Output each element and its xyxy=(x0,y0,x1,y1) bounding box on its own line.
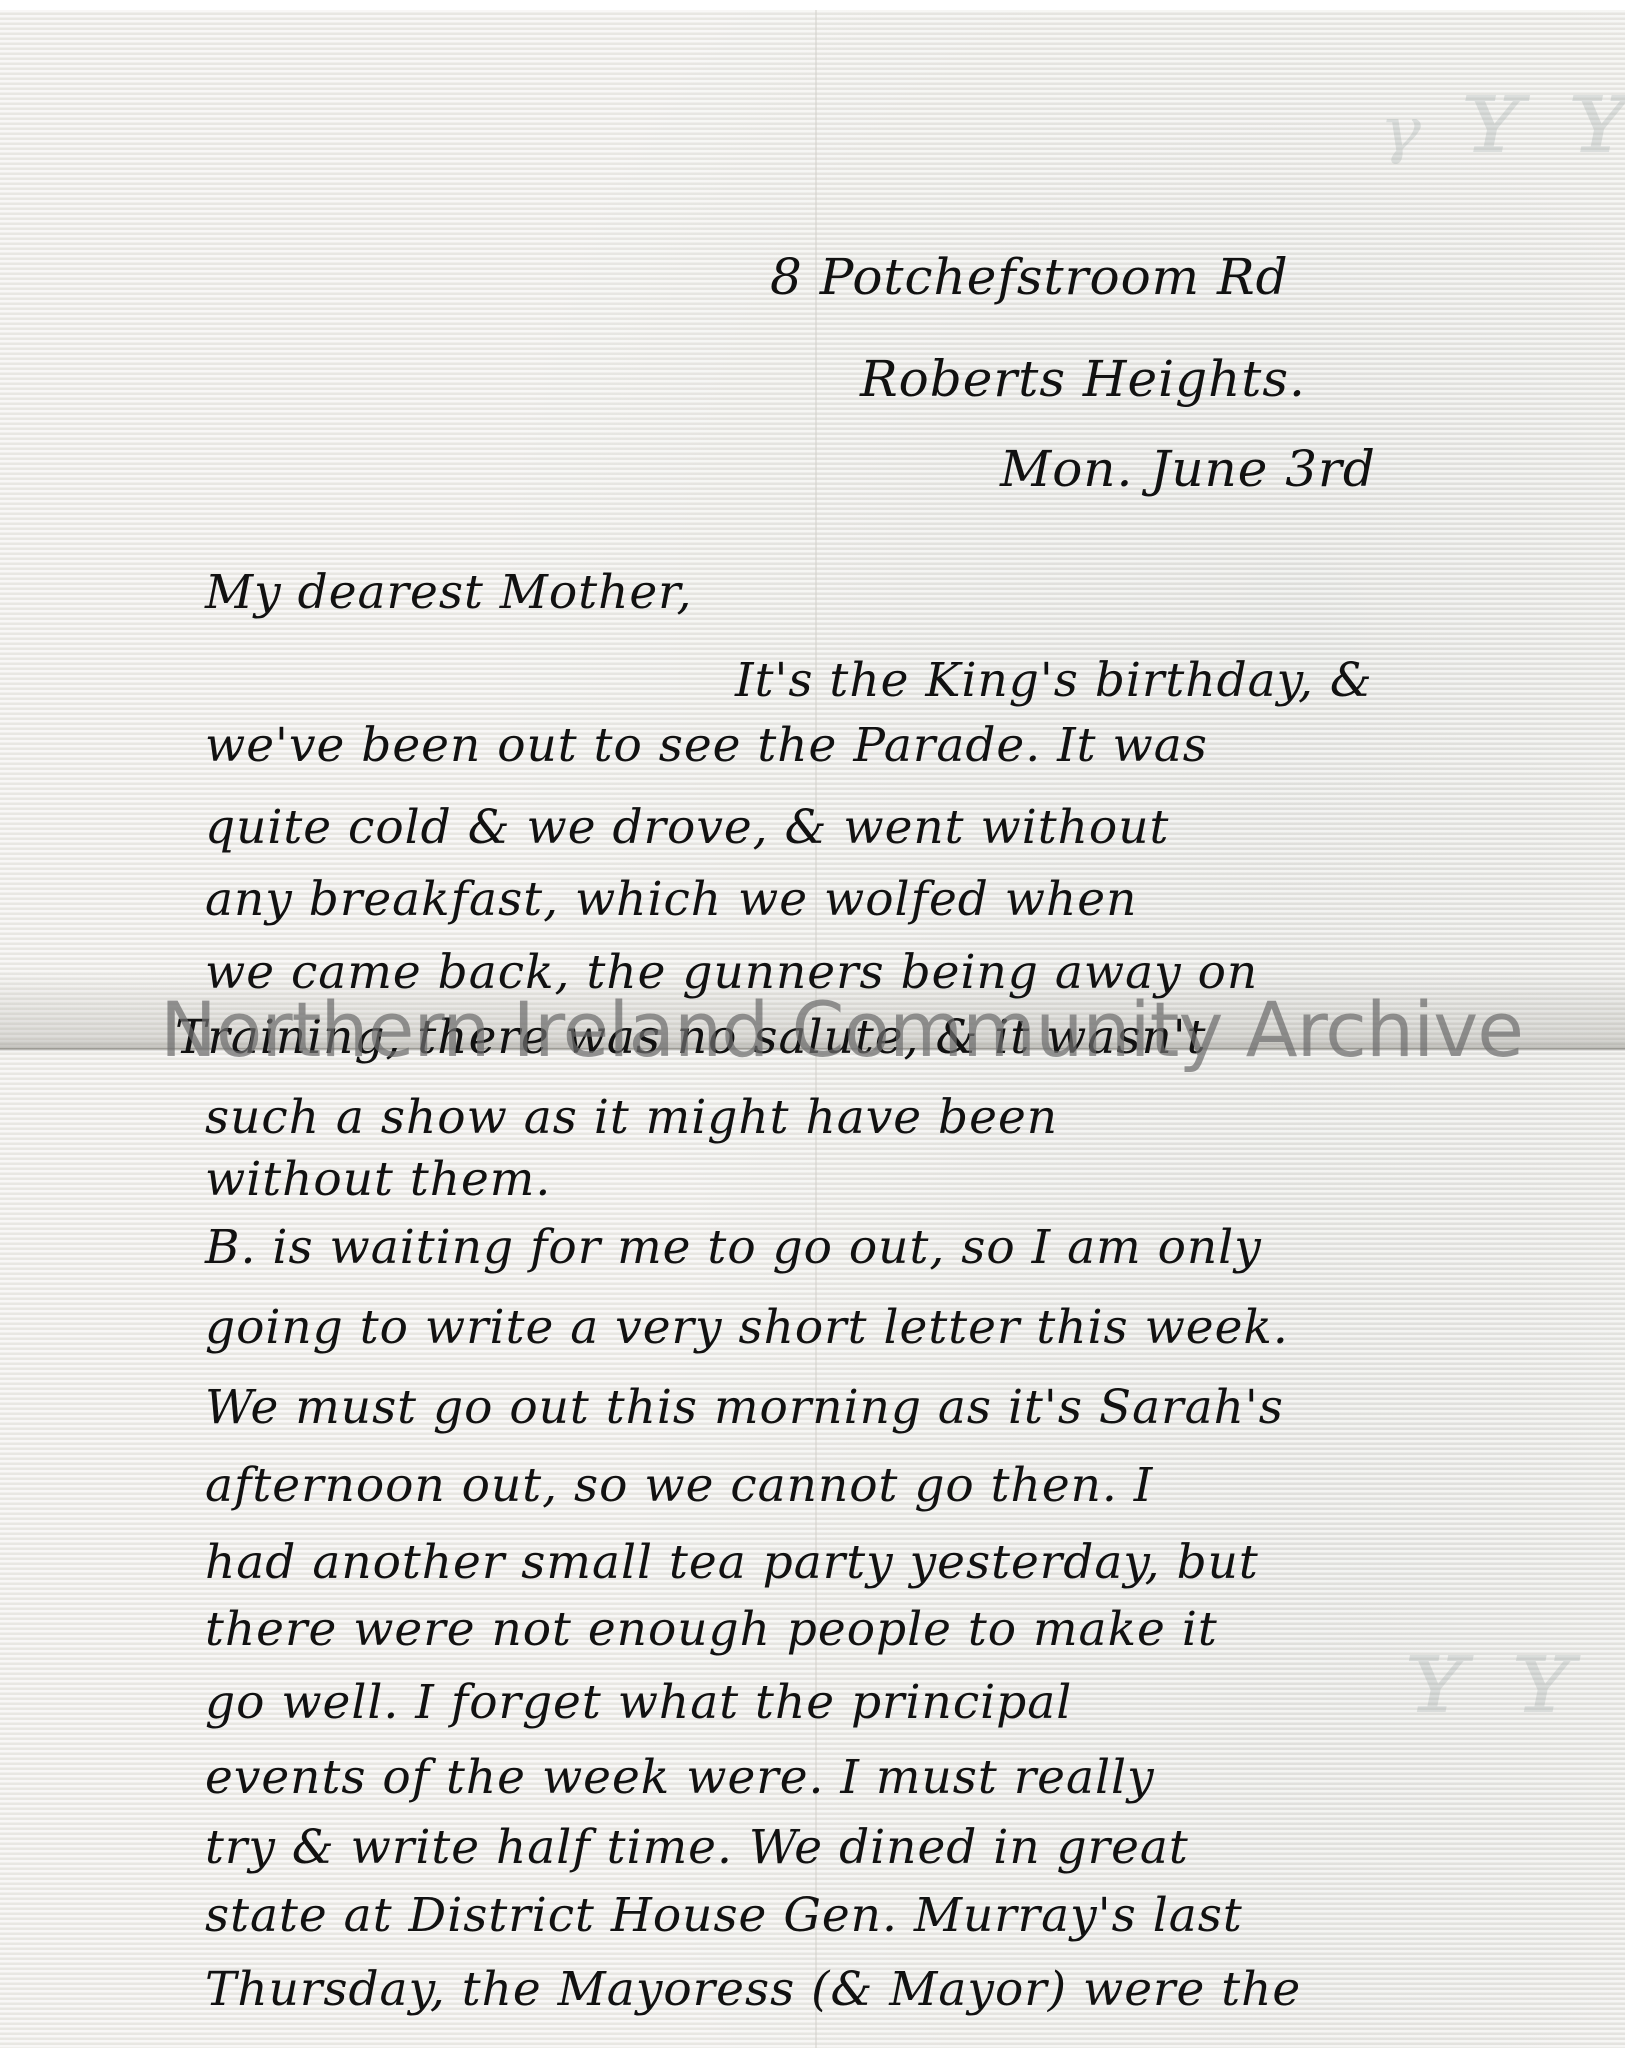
archive-watermark: Northern Ireland Community Archive xyxy=(160,985,1523,1074)
letter-line: going to write a very short letter this … xyxy=(205,1300,1289,1355)
letter-line: such a show as it might have been xyxy=(205,1090,1058,1145)
bleed-through-text: ᵧ ʏ ʏ xyxy=(1380,50,1625,178)
bleed-through-text: ʏ ʏ xyxy=(1400,1610,1579,1738)
letter-date: Mon. June 3rd xyxy=(1000,440,1376,498)
letter-line: afternoon out, so we cannot go then. I xyxy=(205,1458,1153,1513)
letter-line: there were not enough people to make it xyxy=(205,1602,1218,1657)
letter-line: B. is waiting for me to go out, so I am … xyxy=(205,1220,1262,1275)
letter-line: state at District House Gen. Murray's la… xyxy=(205,1888,1243,1943)
address-line-2: Roberts Heights. xyxy=(860,350,1306,408)
letter-line: events of the week were. I must really xyxy=(205,1750,1155,1805)
letter-line: Thursday, the Mayoress (& Mayor) were th… xyxy=(205,1962,1301,2017)
letter-line: try & write half time. We dined in great xyxy=(205,1820,1189,1875)
letter-line: we've been out to see the Parade. It was xyxy=(205,718,1208,773)
letter-line: any breakfast, which we wolfed when xyxy=(205,872,1137,927)
letter-line: had another small tea party yesterday, b… xyxy=(205,1535,1259,1590)
salutation: My dearest Mother, xyxy=(205,565,692,620)
letter-line: go well. I forget what the principal xyxy=(205,1675,1072,1730)
letter-line: We must go out this morning as it's Sara… xyxy=(205,1380,1284,1435)
letter-page: ᵧ ʏ ʏ ʏ ʏ 8 Potchefstroom Rd Roberts Hei… xyxy=(0,10,1625,2048)
address-line-1: 8 Potchefstroom Rd xyxy=(770,248,1289,306)
letter-line: without them. xyxy=(205,1152,551,1207)
letter-line: It's the King's birthday, & xyxy=(735,653,1373,708)
letter-line: quite cold & we drove, & went without xyxy=(205,800,1169,855)
